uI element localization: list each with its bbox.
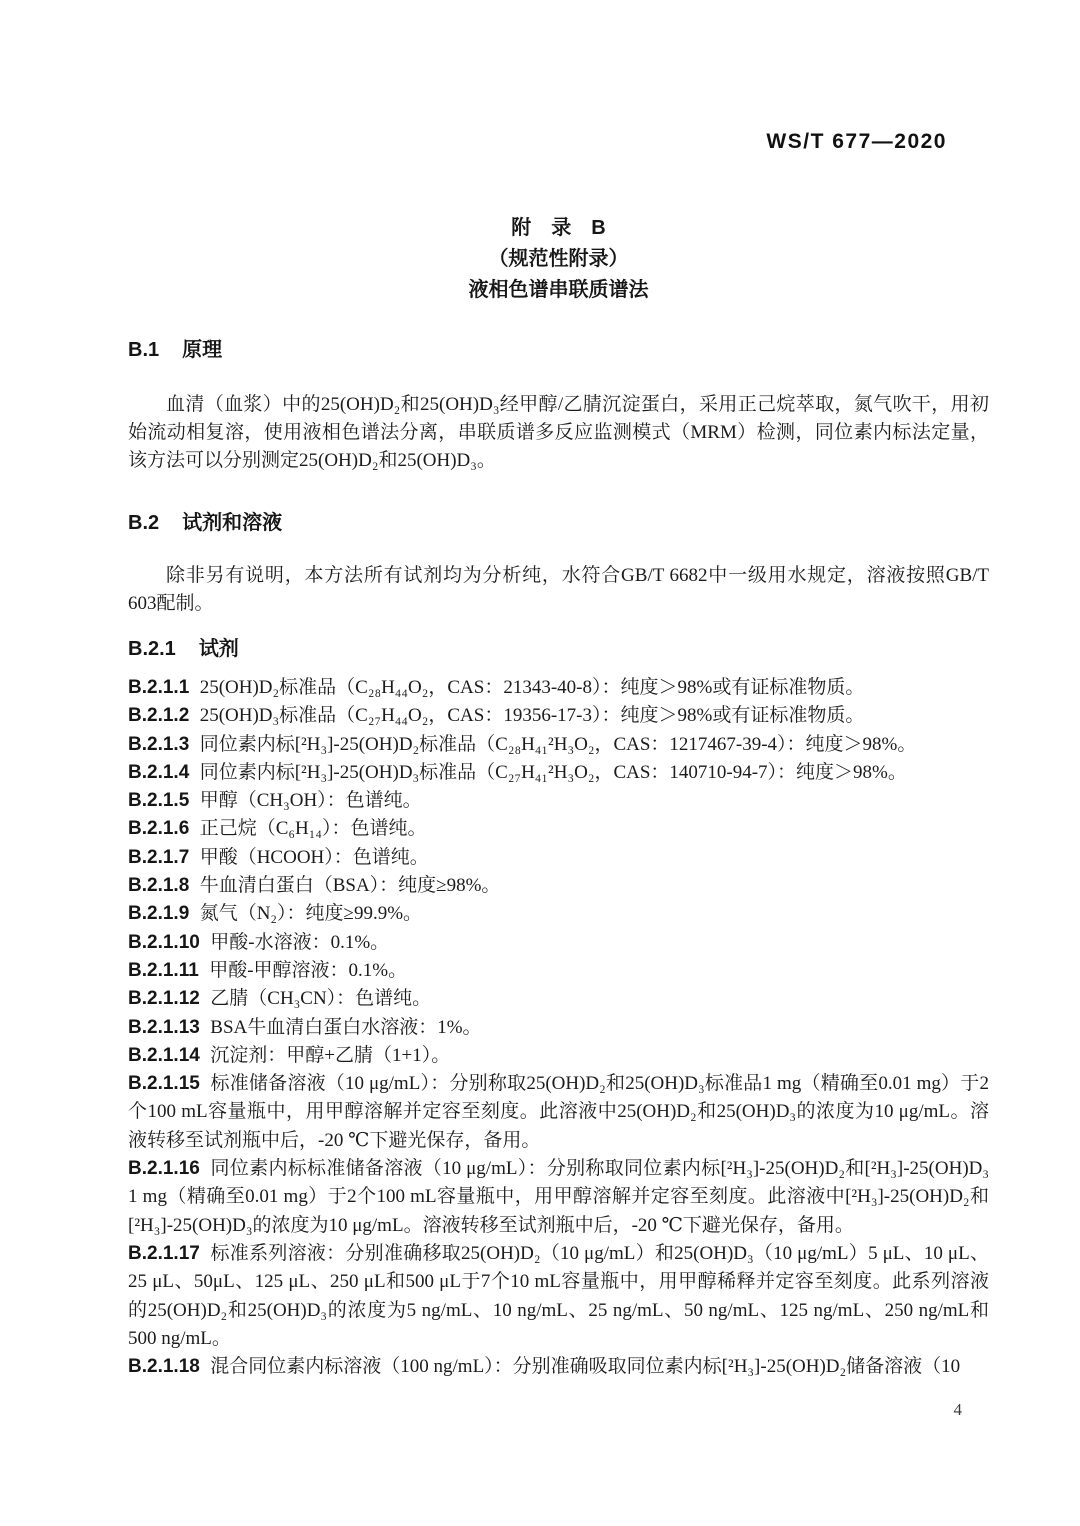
section-b2-body: 除非另有说明，本方法所有试剂均为分析纯，水符合GB/T 6682中一级用水规定，… (128, 562, 989, 618)
clause-number: B.2.1.9 (128, 903, 189, 924)
clause-number: B.2.1.14 (128, 1045, 200, 1066)
clause-text: 25(OH)D₃标准品（C₂₇H₄₄O₂，CAS：19356-17-3）：纯度＞… (200, 705, 865, 726)
reagent-item: B.2.1.14沉淀剂：甲醇+乙腈（1+1）。 (128, 1042, 989, 1070)
appendix-title-block: 附 录 B （规范性附录） 液相色谱串联质谱法 (128, 213, 989, 306)
clause-number: B.2.1.7 (128, 847, 189, 868)
standard-number: WS/T 677—2020 (0, 130, 947, 154)
reagent-item: B.2.1.12乙腈（CH₃CN）：色谱纯。 (128, 985, 989, 1013)
reagent-item: B.2.1.8牛血清白蛋白（BSA）：纯度≥98%。 (128, 872, 989, 900)
section-b1-body: 血清（血浆）中的25(OH)D₂和25(OH)D₃经甲醇/乙腈沉淀蛋白，采用正己… (128, 391, 989, 475)
reagent-item: B.2.1.9氮气（N₂）：纯度≥99.9%。 (128, 900, 989, 928)
reagent-item: B.2.1.3同位素内标[²H₃]-25(OH)D₂标准品（C₂₈H₄₁²H₃O… (128, 731, 989, 759)
clause-text: 乙腈（CH₃CN）：色谱纯。 (210, 988, 431, 1009)
clause-number: B.2.1.3 (128, 734, 189, 755)
document-page: WS/T 677—2020 附 录 B （规范性附录） 液相色谱串联质谱法 B.… (0, 0, 1080, 1526)
clause-text: 同位素内标[²H₃]-25(OH)D₃标准品（C₂₇H₄₁²H₃O₂，CAS：1… (200, 762, 907, 783)
section-b2-heading: B.2试剂和溶液 (128, 509, 989, 537)
clause-text: 标准系列溶液：分别准确移取25(OH)D₂（10 μg/mL）和25(OH)D₃… (128, 1243, 989, 1349)
clause-text: 混合同位素内标溶液（100 ng/mL）：分别准确吸取同位素内标[²H₃]-25… (210, 1356, 960, 1377)
section-b21-number: B.2.1 (128, 638, 176, 660)
clause-number: B.2.1.17 (128, 1243, 200, 1264)
page-content: 附 录 B （规范性附录） 液相色谱串联质谱法 B.1原理 血清（血浆）中的25… (128, 213, 989, 1381)
section-b2-number: B.2 (128, 512, 159, 534)
clause-text: 氮气（N₂）：纯度≥99.9%。 (200, 903, 422, 924)
clause-number: B.2.1.8 (128, 875, 189, 896)
reagent-item: B.2.1.7甲酸（HCOOH）：色谱纯。 (128, 844, 989, 872)
reagent-item: B.2.1.10甲酸-水溶液：0.1%。 (128, 929, 989, 957)
page-number: 4 (954, 1400, 963, 1420)
clause-text: BSA牛血清白蛋白水溶液：1%。 (210, 1017, 481, 1038)
clause-text: 同位素内标标准储备溶液（10 μg/mL）：分别称取同位素内标[²H₃]-25(… (128, 1158, 989, 1236)
reagent-item: B.2.1.11甲酸-甲醇溶液：0.1%。 (128, 957, 989, 985)
reagent-item: B.2.1.15标准储备溶液（10 μg/mL）：分别称取25(OH)D₂和25… (128, 1070, 989, 1155)
reagent-item: B.2.1.225(OH)D₃标准品（C₂₇H₄₄O₂，CAS：19356-17… (128, 702, 989, 730)
section-b2-title: 试剂和溶液 (182, 512, 282, 534)
clause-text: 甲酸-水溶液：0.1%。 (210, 932, 389, 953)
section-b1-title: 原理 (182, 339, 222, 361)
clause-number: B.2.1.12 (128, 988, 200, 1009)
clause-text: 标准储备溶液（10 μg/mL）：分别称取25(OH)D₂和25(OH)D₃标准… (128, 1073, 989, 1151)
clause-text: 25(OH)D₂标准品（C₂₈H₄₄O₂，CAS：21343-40-8）：纯度＞… (200, 677, 865, 698)
appendix-title-line3: 液相色谱串联质谱法 (128, 275, 989, 306)
section-b1-heading: B.1原理 (128, 336, 989, 364)
reagent-item: B.2.1.125(OH)D₂标准品（C₂₈H₄₄O₂，CAS：21343-40… (128, 674, 989, 702)
clause-number: B.2.1.10 (128, 932, 200, 953)
reagent-item: B.2.1.16同位素内标标准储备溶液（10 μg/mL）：分别称取同位素内标[… (128, 1155, 989, 1240)
reagent-item: B.2.1.13BSA牛血清白蛋白水溶液：1%。 (128, 1014, 989, 1042)
clause-number: B.2.1.6 (128, 818, 189, 839)
appendix-title-line1: 附 录 B (128, 213, 989, 244)
reagent-item: B.2.1.5甲醇（CH₃OH）：色谱纯。 (128, 787, 989, 815)
clause-number: B.2.1.13 (128, 1017, 200, 1038)
section-b21-heading: B.2.1试剂 (128, 635, 989, 663)
clause-number: B.2.1.18 (128, 1356, 200, 1377)
clause-text: 沉淀剂：甲醇+乙腈（1+1）。 (210, 1045, 450, 1066)
reagent-item: B.2.1.17标准系列溶液：分别准确移取25(OH)D₂（10 μg/mL）和… (128, 1240, 989, 1353)
appendix-title-line2: （规范性附录） (128, 244, 989, 275)
clause-number: B.2.1.16 (128, 1158, 200, 1179)
clause-number: B.2.1.5 (128, 790, 189, 811)
clause-text: 正己烷（C₆H₁₄）：色谱纯。 (200, 818, 427, 839)
clause-number: B.2.1.1 (128, 677, 189, 698)
section-b21-title: 试剂 (199, 638, 239, 660)
reagent-item: B.2.1.6正己烷（C₆H₁₄）：色谱纯。 (128, 815, 989, 843)
clause-number: B.2.1.4 (128, 762, 189, 783)
reagent-item: B.2.1.4同位素内标[²H₃]-25(OH)D₃标准品（C₂₇H₄₁²H₃O… (128, 759, 989, 787)
section-b1-number: B.1 (128, 339, 159, 361)
clause-number: B.2.1.11 (128, 960, 199, 981)
reagent-list: B.2.1.125(OH)D₂标准品（C₂₈H₄₄O₂，CAS：21343-40… (128, 674, 989, 1381)
clause-text: 牛血清白蛋白（BSA）：纯度≥98%。 (200, 875, 501, 896)
clause-number: B.2.1.2 (128, 705, 189, 726)
clause-text: 甲醇（CH₃OH）：色谱纯。 (200, 790, 422, 811)
clause-text: 甲酸-甲醇溶液：0.1%。 (209, 960, 407, 981)
clause-text: 甲酸（HCOOH）：色谱纯。 (200, 847, 429, 868)
clause-number: B.2.1.15 (128, 1073, 200, 1094)
reagent-item: B.2.1.18混合同位素内标溶液（100 ng/mL）：分别准确吸取同位素内标… (128, 1353, 989, 1381)
clause-text: 同位素内标[²H₃]-25(OH)D₂标准品（C₂₈H₄₁²H₃O₂，CAS：1… (200, 734, 917, 755)
